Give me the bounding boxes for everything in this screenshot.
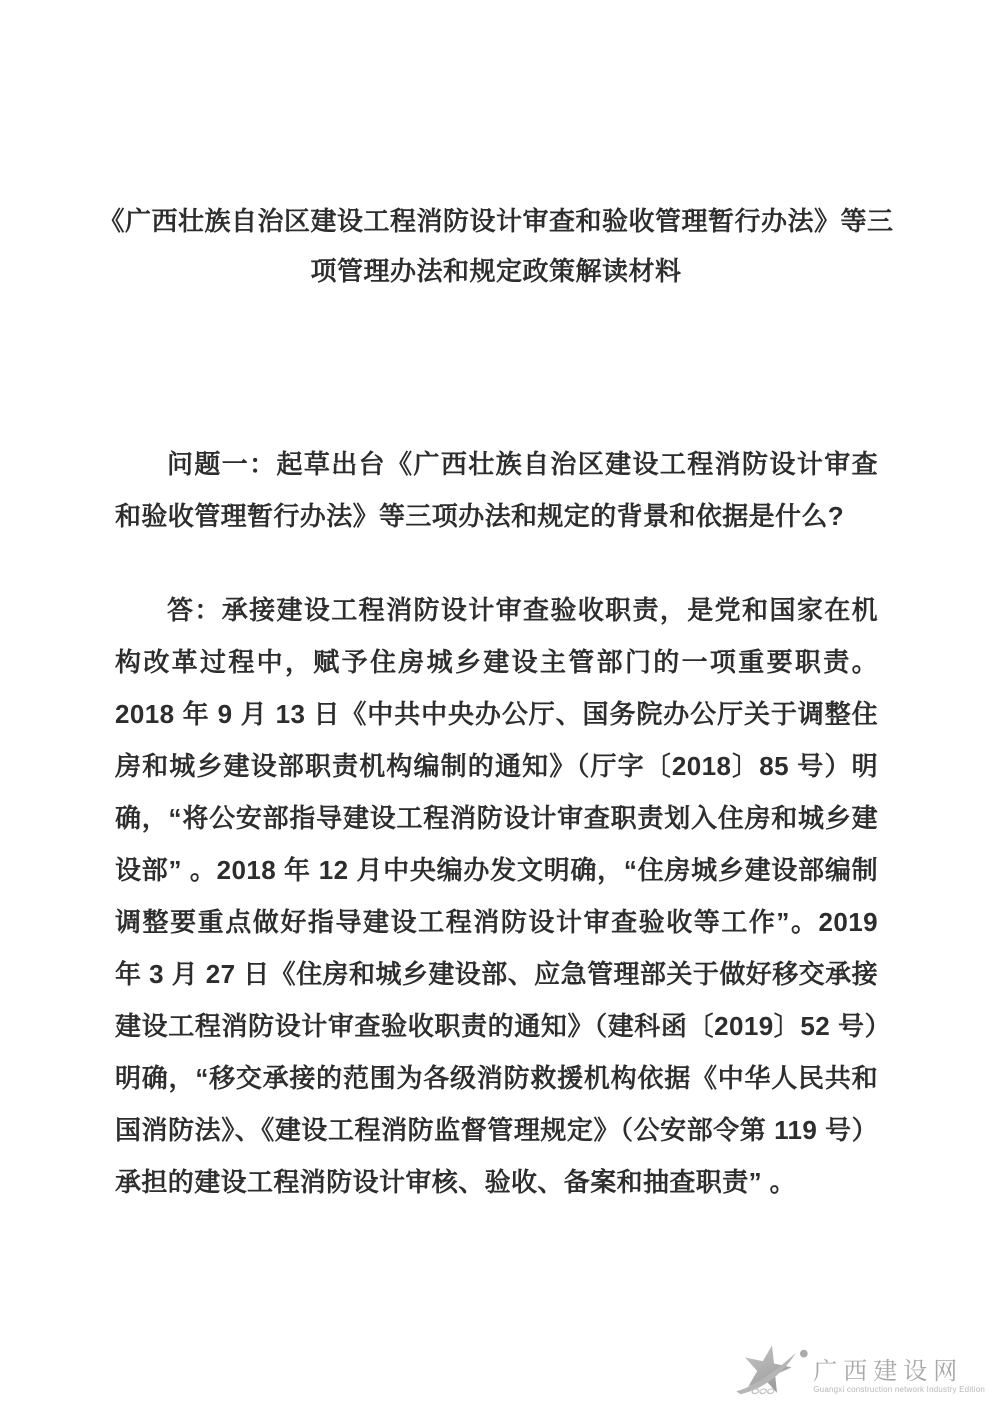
- question-paragraph: 问题一：起草出台《广西壮族自治区建设工程消防设计审查和验收管理暂行办法》等三项办…: [115, 438, 878, 542]
- watermark-site-name: 广西建设网: [813, 1359, 963, 1385]
- answer-paragraph: 答：承接建设工程消防设计审查验收职责，是党和国家在机构改革过程中，赋予住房城乡建…: [115, 584, 878, 1208]
- watermark-text-block: 广西建设网 Guangxi construction network Indus…: [813, 1359, 985, 1397]
- site-watermark: 广西建设网 Guangxi construction network Indus…: [734, 1343, 985, 1397]
- document-title-line-1: 《广西壮族自治区建设工程消防设计审查和验收管理暂行办法》等三: [0, 196, 992, 246]
- document-page: 《广西壮族自治区建设工程消防设计审查和验收管理暂行办法》等三 项管理办法和规定政…: [0, 0, 992, 1403]
- document-title-line-2: 项管理办法和规定政策解读材料: [0, 246, 992, 296]
- star-logo-icon: [734, 1343, 810, 1397]
- document-title: 《广西壮族自治区建设工程消防设计审查和验收管理暂行办法》等三 项管理办法和规定政…: [0, 0, 992, 296]
- watermark-site-subtitle: Guangxi construction network Industry Ed…: [813, 1385, 985, 1395]
